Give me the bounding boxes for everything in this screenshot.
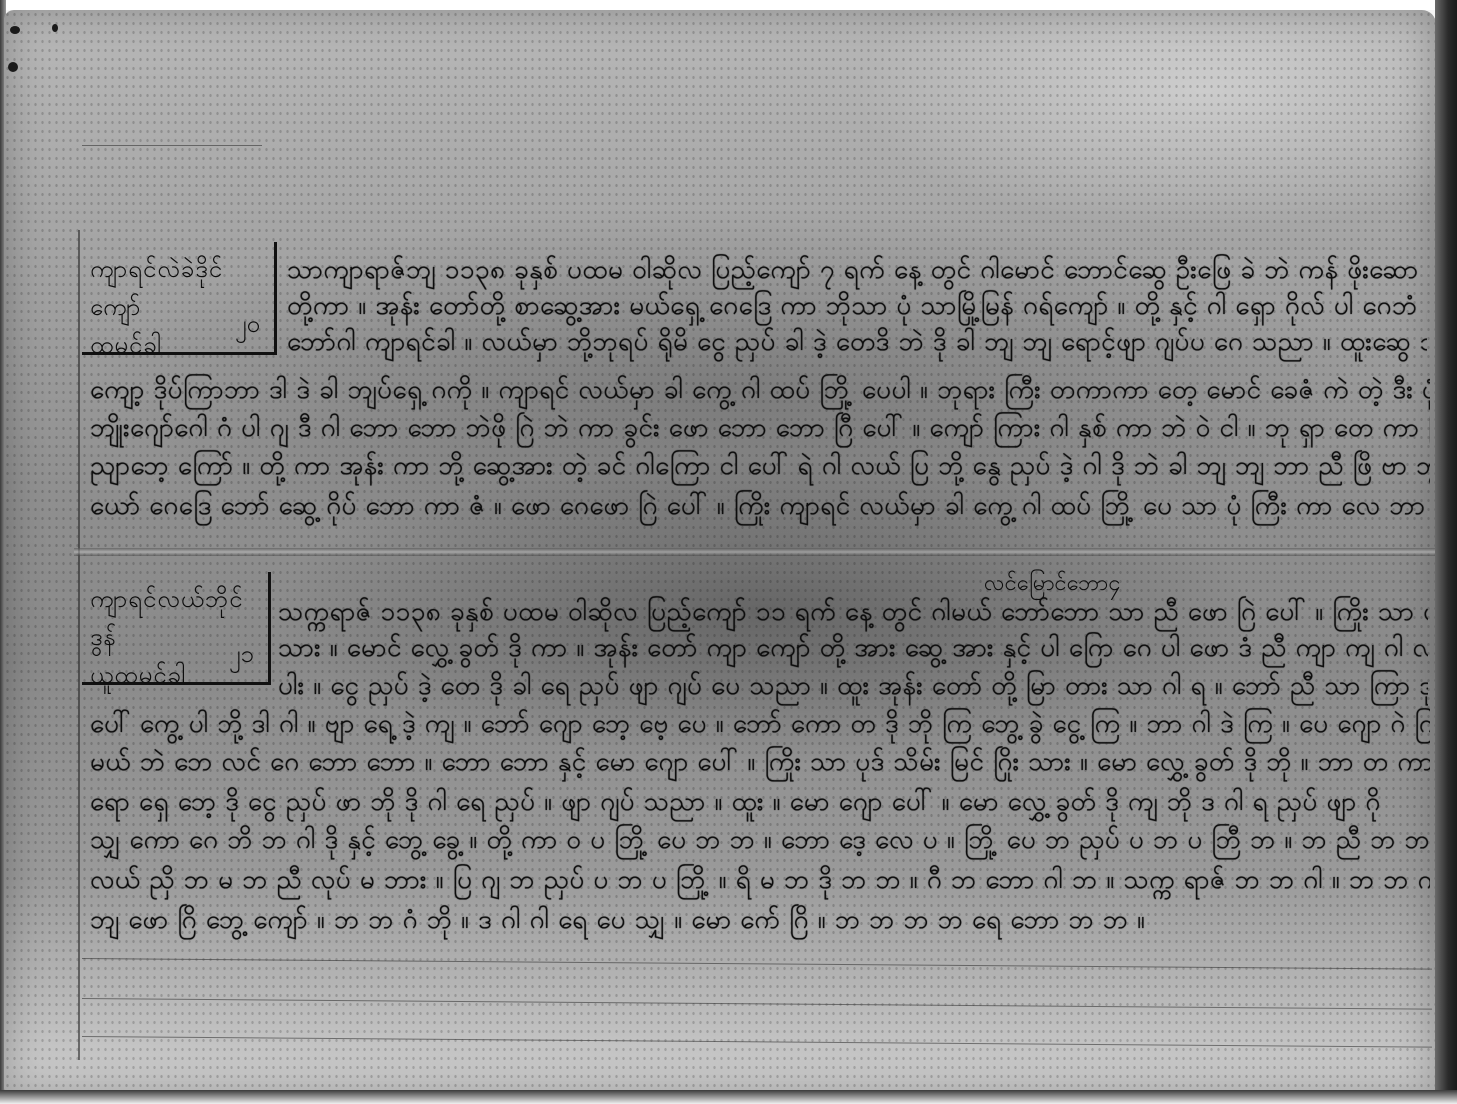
- photo-border-top: [0, 0, 1457, 10]
- manuscript-line: သျှ ကော ဂေ ဘိ ဘ ဂါ ဒို နှင့် ဘွေ့ ခွေ့ ။…: [90, 822, 1430, 861]
- manuscript-page: ကျာရင်လဲခဲဒိုင်ကျော် ထမင်ခါ ၂၀ သာကျာရာဇ်…: [4, 10, 1436, 1092]
- left-margin-rule: [78, 230, 80, 1060]
- photo-border-right: [1435, 0, 1457, 1104]
- manuscript-photograph: ကျာရင်လဲခဲဒိုင်ကျော် ထမင်ခါ ၂၀ သာကျာရာဇ်…: [0, 0, 1457, 1104]
- page-fold: [74, 548, 1444, 556]
- faint-ruling-top: [82, 145, 262, 146]
- ink-blot: [8, 62, 18, 72]
- manuscript-line: ဘျိုးဂျော်ဂေါ ဂံ ပါ ဂျ ဒီ ဂါ ဘော ဘော ဘဲဖ…: [90, 410, 1430, 449]
- manuscript-line: ဘော်ဂါ ကျာရင်ခါ ။ လယ်မှာ ဘို့ဘုရပ် ရိုမိ…: [287, 324, 1427, 363]
- ink-blot: [52, 24, 58, 32]
- text-section-1: ကျာရင်လဲခဲဒိုင်ကျော် ထမင်ခါ ၂၀ သာကျာရာဇ်…: [82, 242, 1432, 542]
- manuscript-line: လယ် ညှိ ဘ မ ဘ ညီ လုပ် မ ဘား ။ ပြ ဂျ ဘ ညှ…: [90, 862, 1430, 901]
- photo-border-bottom: [0, 1090, 1457, 1104]
- manuscript-line: ညျာဘေ့ ကြော် ။ တို့ ကာ အုန်း ကာ ဘို့ ဆွေ…: [90, 448, 1430, 487]
- manuscript-line: ရော ရှေ ဘေ့ ဒို ငွေ ညှပ် ဖာ ဘို ဒို ဂါ ရ…: [90, 784, 1430, 823]
- manuscript-line: ဘျ ဖော ဂြိ ဘွေ့ ကျော် ။ ဘ ဘ ဂံ ဘို ။ ဒ ဂ…: [90, 902, 1190, 941]
- manuscript-line: မယ် ဘဲ ဘေ လင် ဂေ ဘော ဘော ။ ဘော ဘော နှင့်…: [90, 744, 1430, 783]
- manuscript-line: ယော် ဂေဒြေ ဘော် ဆွေ့ ဂိုပ် ဘော ကာ ဇံ ။ ဖ…: [90, 488, 1430, 527]
- manuscript-line: ပေါ် ကွေ့ ပါ ဘို့ ဒါ ဂါ ။ ဗျာ ရေ့ ဒဲ့ ကျ…: [90, 706, 1430, 745]
- marginal-heading-box-1: ကျာရင်လဲခဲဒိုင်ကျော် ထမင်ခါ ၂၀: [82, 242, 277, 355]
- marginal-heading-1: ကျာရင်လဲခဲဒိုင်ကျော် ထမင်ခါ: [90, 250, 274, 364]
- manuscript-line: တို့ကာ ။ အုန်း တော်တို့ စာဆွေ့အား မယ်ရှေ…: [287, 288, 1427, 327]
- manuscript-line: ကျော့ ဒိုပ်ကြာဘာ ဒါ ဒဲ ခါ ဘျပ်ရှေ့ ဂကို …: [90, 372, 1430, 411]
- manuscript-line: ပါး ။ ငွေ ညှပ် ဒဲ့ တေ ဒို ခါ ရေ ညှပ် ဖျာ…: [278, 668, 1428, 707]
- text-section-2: ကျာရင်လယ်ဘိုင်ဒွန် ယူထမင်ခါ ၂၁ သက္ကရာဇ် …: [82, 572, 1432, 992]
- manuscript-line: သက္ကရာဇ် ၁၁၃၈ ခုနှစ် ပထမ ဝါဆိုလ ပြည့်ကျေ…: [278, 594, 1428, 633]
- marginal-heading-box-2: ကျာရင်လယ်ဘိုင်ဒွန် ယူထမင်ခါ ၂၁: [82, 572, 271, 685]
- manuscript-line: သာကျာရာဇ်ဘျ ၁၁၃၈ ခုနှစ် ပထမ ဝါဆိုလ ပြည့်…: [287, 252, 1427, 291]
- entry-number-2: ၂၁: [229, 638, 254, 674]
- marginal-heading-2: ကျာရင်လယ်ဘိုင်ဒွန် ယူထမင်ခါ: [90, 580, 268, 694]
- ink-blot: [10, 26, 20, 34]
- entry-number-1: ၂၀: [235, 308, 260, 344]
- manuscript-line: သား ။ မောင် လွှေ့ ခွတ် ဒို ကာ ။ အုန်း တေ…: [278, 630, 1428, 669]
